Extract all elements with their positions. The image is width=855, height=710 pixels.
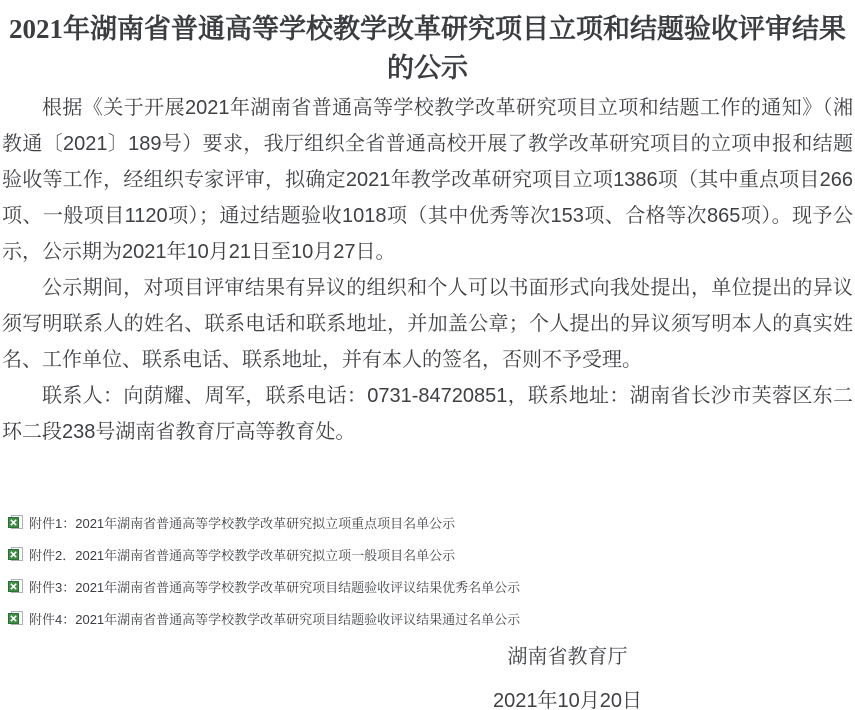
attachment-label: 附件2．2021年湖南省普通高等学校教学改革研究拟立项一般项目名单公示 xyxy=(29,545,455,564)
attachment-link-4[interactable]: 附件4：2021年湖南省普通高等学校教学改革研究项目结题验收评议结果通过名单公示 xyxy=(8,608,847,628)
announcement-document: 2021年湖南省普通高等学校教学改革研究项目立项和结题验收评审结果的公示 根据《… xyxy=(0,0,855,710)
attachment-link-1[interactable]: 附件1：2021年湖南省普通高等学校教学改革研究拟立项重点项目名单公示 xyxy=(8,512,847,532)
attachment-label: 附件1：2021年湖南省普通高等学校教学改革研究拟立项重点项目名单公示 xyxy=(29,513,455,532)
excel-file-icon xyxy=(8,579,23,594)
announcement-body: 根据《关于开展2021年湖南省普通高等学校教学改革研究项目立项和结题工作的通知》… xyxy=(2,90,853,452)
attachment-label: 附件4：2021年湖南省普通高等学校教学改革研究项目结题验收评议结果通过名单公示 xyxy=(29,609,520,628)
page-title: 2021年湖南省普通高等学校教学改革研究项目立项和结题验收评审结果的公示 xyxy=(0,10,855,92)
attachment-link-2[interactable]: 附件2．2021年湖南省普通高等学校教学改革研究拟立项一般项目名单公示 xyxy=(8,544,847,564)
excel-file-icon xyxy=(8,547,23,562)
signature-organization: 湖南省教育厅 xyxy=(425,640,710,669)
paragraph-objection-rules: 公示期间，对项目评审结果有异议的组织和个人可以书面形式向我处提出，单位提出的异议… xyxy=(2,270,853,378)
attachment-list: 附件1：2021年湖南省普通高等学校教学改革研究拟立项重点项目名单公示 附件2．… xyxy=(8,512,847,640)
signature-block: 湖南省教育厅 2021年10月20日 xyxy=(425,640,710,710)
attachment-link-3[interactable]: 附件3：2021年湖南省普通高等学校教学改革研究项目结题验收评议结果优秀名单公示 xyxy=(8,576,847,596)
attachment-label: 附件3：2021年湖南省普通高等学校教学改革研究项目结题验收评议结果优秀名单公示 xyxy=(29,577,520,596)
excel-file-icon xyxy=(8,515,23,530)
excel-file-icon xyxy=(8,611,23,626)
paragraph-basis-and-results: 根据《关于开展2021年湖南省普通高等学校教学改革研究项目立项和结题工作的通知》… xyxy=(2,90,853,270)
paragraph-contact-info: 联系人：向荫耀、周军，联系电话：0731-84720851，联系地址：湖南省长沙… xyxy=(2,378,853,450)
signature-date: 2021年10月20日 xyxy=(425,684,710,710)
